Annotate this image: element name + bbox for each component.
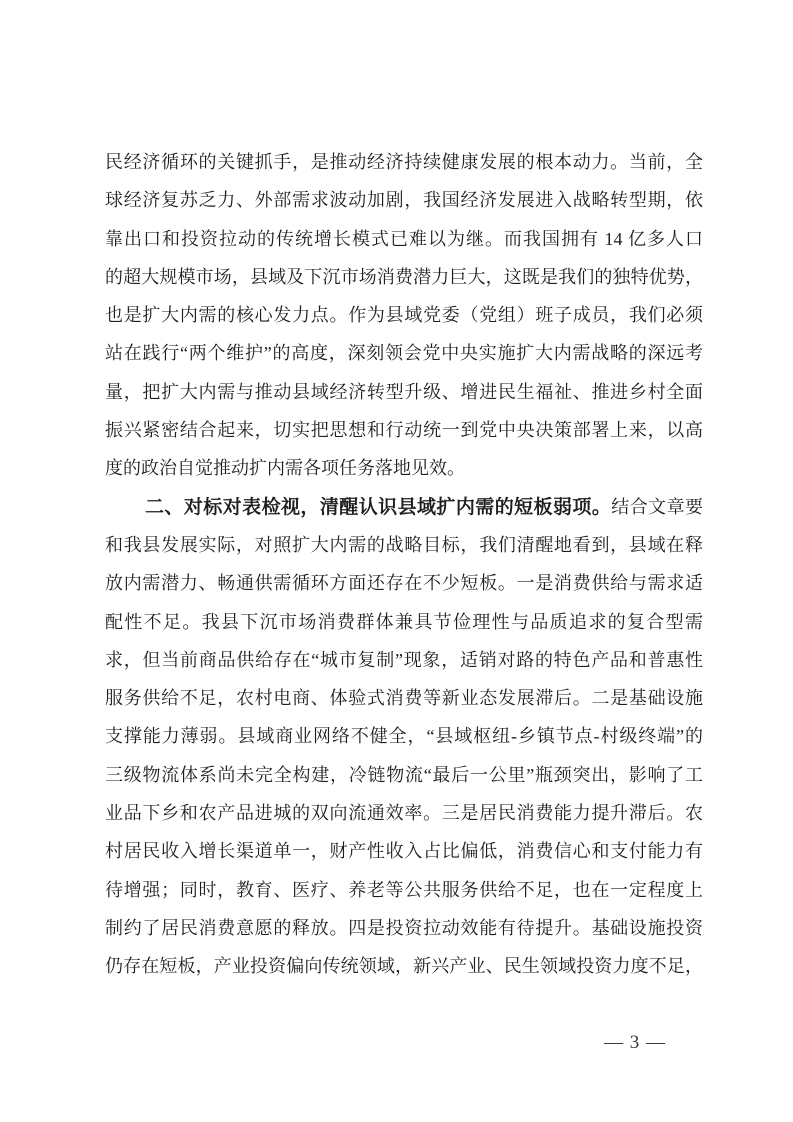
text-run: 服务供给不足，农村电商、体验式消费等新业态发展滞后。二是基础设施: [105, 688, 703, 708]
text-run: 和我县发展实际，对照扩大内需的战略目标，我们清醒地看到，县域在释: [105, 535, 703, 555]
text-run: 放内需潜力、畅通供需循环方面还存在不少短板。一是消费供给与需求适: [105, 573, 703, 593]
text-line: 也是扩大内需的核心发力点。作为县域党委（党组）班子成员，我们必须: [105, 296, 703, 334]
text-run: 配性不足。我县下沉市场消费群体兼具节俭理性与品质追求的复合型需: [105, 612, 703, 632]
text-run: 也是扩大内需的核心发力点。作为县域党委（党组）班子成员，我们必须: [105, 305, 703, 325]
text-line: 二、对标对表检视，清醒认识县域扩内需的短板弱项。结合文章要求: [105, 488, 703, 526]
text-line: 求，但当前商品供给存在“城市复制”现象，适销对路的特色产品和普惠性: [105, 641, 703, 679]
text-run: 振兴紧密结合起来，切实把思想和行动统一到党中央决策部署上来，以高: [105, 420, 703, 440]
text-run: 求，但当前商品供给存在“城市复制”现象，适销对路的特色产品和普惠性: [105, 650, 703, 670]
text-line: 村居民收入增长渠道单一，财产性收入占比偏低，消费信心和支付能力有: [105, 832, 703, 870]
page-number: — 3 —: [604, 1032, 666, 1053]
text-run: 业品下乡和农产品进城的双向流通效率。三是居民消费能力提升滞后。农: [105, 803, 703, 823]
text-run: 三级物流体系尚未完全构建，冷链物流“最后一公里”瓶颈突出，影响了工: [105, 765, 703, 785]
text-line: 量，把扩大内需与推动县域经济转型升级、增进民生福祉、推进乡村全面: [105, 373, 703, 411]
text-line: 配性不足。我县下沉市场消费群体兼具节俭理性与品质追求的复合型需: [105, 603, 703, 641]
text-run: 量，把扩大内需与推动县域经济转型升级、增进民生福祉、推进乡村全面: [105, 382, 703, 402]
heading-run: 二、对标对表检视，清醒认识县域扩内需的短板弱项。: [145, 497, 611, 518]
text-line: 支撑能力薄弱。县域商业网络不健全，“县域枢纽-乡镇节点-村级终端”的: [105, 717, 703, 755]
text-run: 仍存在短板，产业投资偏向传统领域，新兴产业、民生领域投资力度不足，: [105, 956, 703, 976]
text-run: 民经济循环的关键抓手，是推动经济持续健康发展的根本动力。当前，全: [105, 152, 703, 172]
text-run: 村居民收入增长渠道单一，财产性收入占比偏低，消费信心和支付能力有: [105, 841, 703, 861]
page-footer: — 3 —: [573, 1032, 697, 1054]
document-body: 民经济循环的关键抓手，是推动经济持续健康发展的根本动力。当前，全球经济复苏乏力、…: [105, 143, 703, 986]
text-run: 球经济复苏乏力、外部需求波动加剧，我国经济发展进入战略转型期，依: [105, 190, 703, 210]
text-line: 和我县发展实际，对照扩大内需的战略目标，我们清醒地看到，县域在释: [105, 526, 703, 564]
text-line: 业品下乡和农产品进城的双向流通效率。三是居民消费能力提升滞后。农: [105, 794, 703, 832]
document-page: 民经济循环的关键抓手，是推动经济持续健康发展的根本动力。当前，全球经济复苏乏力、…: [0, 0, 793, 1122]
text-line: 服务供给不足，农村电商、体验式消费等新业态发展滞后。二是基础设施: [105, 679, 703, 717]
text-line: 度的政治自觉推动扩内需各项任务落地见效。: [105, 449, 703, 487]
text-run: 站在践行“两个维护”的高度，深刻领会党中央实施扩大内需战略的深远考: [105, 343, 703, 363]
text-run: 待增强；同时，教育、医疗、养老等公共服务供给不足，也在一定程度上: [105, 880, 703, 900]
text-run: 的超大规模市场，县域及下沉市场消费潜力巨大，这既是我们的独特优势，: [105, 267, 703, 287]
text-line: 民经济循环的关键抓手，是推动经济持续健康发展的根本动力。当前，全: [105, 143, 703, 181]
text-line: 振兴紧密结合起来，切实把思想和行动统一到党中央决策部署上来，以高: [105, 411, 703, 449]
text-run: 制约了居民消费意愿的释放。四是投资拉动效能有待提升。基础设施投资: [105, 918, 703, 938]
text-line: 待增强；同时，教育、医疗、养老等公共服务供给不足，也在一定程度上: [105, 871, 703, 909]
text-line: 三级物流体系尚未完全构建，冷链物流“最后一公里”瓶颈突出，影响了工: [105, 756, 703, 794]
text-line: 靠出口和投资拉动的传统增长模式已难以为继。而我国拥有 14 亿多人口: [105, 220, 703, 258]
text-line: 制约了居民消费意愿的释放。四是投资拉动效能有待提升。基础设施投资: [105, 909, 703, 947]
text-line: 放内需潜力、畅通供需循环方面还存在不少短板。一是消费供给与需求适: [105, 564, 703, 602]
text-run: 度的政治自觉推动扩内需各项任务落地见效。: [105, 458, 465, 478]
text-line: 的超大规模市场，县域及下沉市场消费潜力巨大，这既是我们的独特优势，: [105, 258, 703, 296]
text-line: 球经济复苏乏力、外部需求波动加剧，我国经济发展进入战略转型期，依: [105, 181, 703, 219]
text-line: 站在践行“两个维护”的高度，深刻领会党中央实施扩大内需战略的深远考: [105, 334, 703, 372]
text-line: 仍存在短板，产业投资偏向传统领域，新兴产业、民生领域投资力度不足，: [105, 947, 703, 985]
text-run: 支撑能力薄弱。县域商业网络不健全，“县域枢纽-乡镇节点-村级终端”的: [105, 726, 703, 746]
text-run: 靠出口和投资拉动的传统增长模式已难以为继。而我国拥有 14 亿多人口: [105, 229, 703, 249]
